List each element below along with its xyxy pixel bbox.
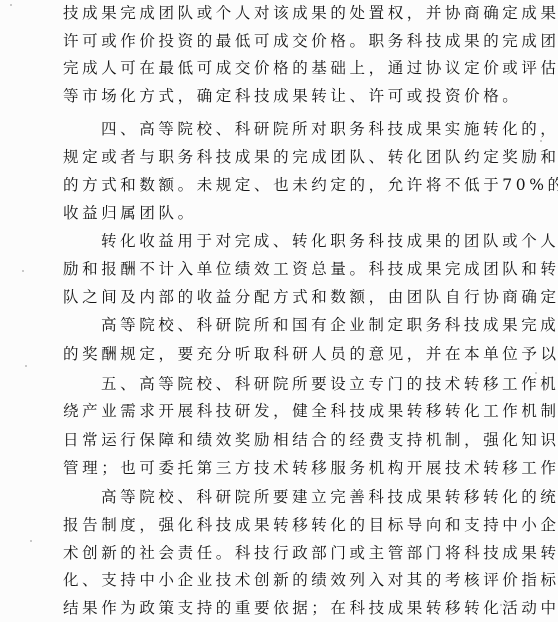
scan-speck bbox=[25, 365, 27, 367]
paragraph-start-line: 四、高等院校、科研院所对职务科技成果实施转化的，要依法 bbox=[101, 118, 531, 140]
text-line: 术创新的社会责任。科技行政部门或主管部门将科技成果转移转 bbox=[63, 542, 493, 564]
scan-speck bbox=[30, 540, 32, 542]
text-line: 收益归属团队。 bbox=[63, 202, 493, 224]
text-line: 日常运行保障和绩效奖励相结合的经费支持机制，强化知识产权 bbox=[63, 429, 493, 451]
text-line: 完成人可在最低可成交价格的基础上，通过协议定价或评估定价 bbox=[63, 57, 493, 79]
scan-speck bbox=[10, 4, 12, 6]
scanned-document-page: 技成果完成团队或个人对该成果的处置权，并协商确定成果转让、 许可或作价投资的最低… bbox=[0, 0, 558, 622]
text-line: 管理；也可委托第三方技术转移服务机构开展技术转移工作。 bbox=[63, 457, 493, 479]
paragraph-start-line: 五、高等院校、科研院所要设立专门的技术转移工作机构，围 bbox=[101, 373, 531, 395]
text-line: 的奖酬规定，要充分听取科研人员的意见，并在本单位予以公开。 bbox=[63, 343, 493, 365]
text-line: 许可或作价投资的最低可成交价格。职务科技成果的完成团队或 bbox=[63, 30, 493, 52]
text-line: 队之间及内部的收益分配方式和数额，由团队自行协商确定。 bbox=[63, 286, 493, 308]
paragraph-start-line: 高等院校、科研院所和国有企业制定职务科技成果完成、转化 bbox=[101, 314, 531, 336]
scan-speck bbox=[500, 604, 502, 606]
text-line: 结果作为政策支持的重要依据；在科技成果转移转化活动中有弄 bbox=[63, 597, 493, 619]
scan-speck bbox=[535, 372, 537, 374]
text-line: 技成果完成团队或个人对该成果的处置权，并协商确定成果转让、 bbox=[63, 2, 493, 24]
text-line: 报告制度，强化科技成果转移转化的目标导向和支持中小企业技 bbox=[63, 514, 493, 536]
text-line: 规定或者与职务科技成果的完成团队、转化团队约定奖励和报酬 bbox=[63, 146, 493, 168]
scan-speck bbox=[540, 140, 542, 142]
text-line: 励和报酬不计入单位绩效工资总量。科技成果完成团队和转化团 bbox=[63, 258, 493, 280]
text-line: 化、支持中小企业技术创新的绩效列入对其的考核评价指标，考核 bbox=[63, 569, 493, 591]
scan-speck bbox=[22, 270, 24, 272]
paragraph-start-line: 高等院校、科研院所要建立完善科技成果转移转化的统计和 bbox=[101, 486, 531, 508]
paragraph-start-line: 转化收益用于对完成、转化职务科技成果的团队或个人的奖 bbox=[101, 230, 531, 252]
text-line: 的方式和数额。未规定、也未约定的，允许将不低于70%的转化 bbox=[63, 174, 493, 196]
text-line: 等市场化方式，确定科技成果转让、许可或投资价格。 bbox=[63, 85, 493, 107]
text-line: 绕产业需求开展科技研发，健全科技成果转移转化工作机制，建立 bbox=[63, 400, 493, 422]
